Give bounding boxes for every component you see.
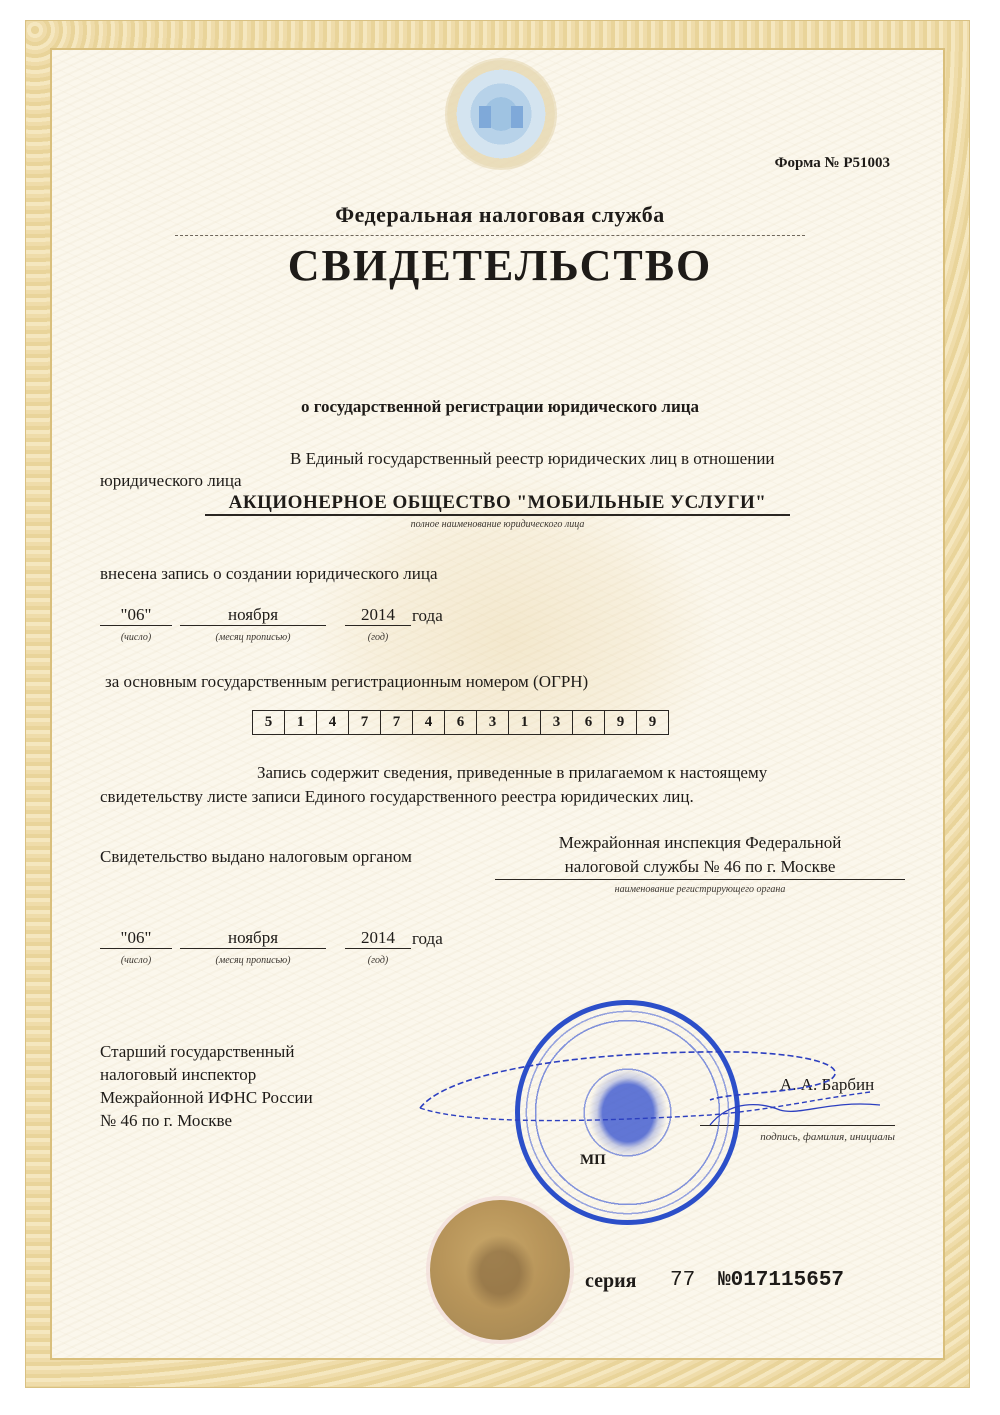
intro-line-1: В Единый государственный реестр юридичес… — [290, 447, 775, 471]
issued-by-label: Свидетельство выдано налоговым органом — [100, 845, 412, 869]
handwritten-signature-icon — [410, 1030, 900, 1130]
issuer-line-1: Межрайонная инспекция Федеральной — [495, 831, 905, 855]
ogrn-digit-cell: 6 — [445, 711, 477, 734]
ogrn-digit-cell: 1 — [285, 711, 317, 734]
entity-name: АКЦИОНЕРНОЕ ОБЩЕСТВО "МОБИЛЬНЫЕ УСЛУГИ" — [205, 492, 790, 516]
intro-line-2: юридического лица — [100, 469, 242, 493]
registration-month-caption: (месяц прописью) — [180, 632, 326, 643]
registration-month: ноября — [180, 605, 326, 626]
registration-year-suffix: года — [412, 604, 443, 628]
issue-year: 2014 — [345, 928, 411, 949]
agency-divider — [175, 235, 805, 236]
signatory-position-line: № 46 по г. Москве — [100, 1109, 313, 1132]
ogrn-digit-cell: 3 — [541, 711, 573, 734]
issue-year-caption: (год) — [345, 955, 411, 966]
ogrn-digit-cell: 3 — [477, 711, 509, 734]
ogrn-digit-cell: 9 — [637, 711, 668, 734]
signatory-position-line: Старший государственный — [100, 1040, 313, 1063]
ogrn-number-box: 5147746313699 — [252, 710, 669, 735]
issuer-caption: наименование регистрирующего органа — [495, 884, 905, 895]
entity-name-caption: полное наименование юридического лица — [205, 519, 790, 530]
issuer-line-2: налоговой службы № 46 по г. Москве — [495, 855, 905, 880]
issue-year-suffix: года — [412, 927, 443, 951]
gold-eagle-icon — [465, 1235, 535, 1310]
ogrn-digit-cell: 4 — [317, 711, 349, 734]
registration-day-caption: (число) — [100, 632, 172, 643]
registration-day: "06" — [100, 605, 172, 626]
serial-number: №017115657 — [718, 1269, 844, 1292]
document-subtitle: о государственной регистрации юридическо… — [0, 397, 1000, 417]
registration-year-caption: (год) — [345, 632, 411, 643]
issue-month: ноября — [180, 928, 326, 949]
ogrn-digit-cell: 7 — [381, 711, 413, 734]
ogrn-digit-cell: 4 — [413, 711, 445, 734]
signatory-position-line: налоговый инспектор — [100, 1063, 313, 1086]
ogrn-digit-cell: 9 — [605, 711, 637, 734]
agency-name: Федеральная налоговая служба — [0, 202, 1000, 228]
ogrn-digit-cell: 1 — [509, 711, 541, 734]
hologram-emblem-icon — [447, 60, 555, 168]
issue-day: "06" — [100, 928, 172, 949]
issue-month-caption: (месяц прописью) — [180, 955, 326, 966]
form-number: Форма № Р51003 — [775, 155, 890, 172]
ogrn-digit-cell: 7 — [349, 711, 381, 734]
registration-year: 2014 — [345, 605, 411, 626]
record-note-line-2: свидетельству листе записи Единого госуд… — [100, 785, 694, 809]
record-note-line-1: Запись содержит сведения, приведенные в … — [257, 761, 767, 785]
record-line: внесена запись о создании юридического л… — [100, 562, 438, 586]
ogrn-label: за основным государственным регистрацион… — [105, 670, 588, 694]
issue-day-caption: (число) — [100, 955, 172, 966]
ogrn-digit-cell: 6 — [573, 711, 605, 734]
serial-series: 77 — [670, 1269, 695, 1292]
signatory-position-line: Межрайонной ИФНС России — [100, 1086, 313, 1109]
stamp-marker: МП — [580, 1152, 606, 1169]
ogrn-digit-cell: 5 — [253, 711, 285, 734]
serial-label: серия — [585, 1270, 636, 1293]
signatory-position: Старший государственный налоговый инспек… — [100, 1040, 313, 1132]
document-title: СВИДЕТЕЛЬСТВО — [0, 240, 1000, 291]
